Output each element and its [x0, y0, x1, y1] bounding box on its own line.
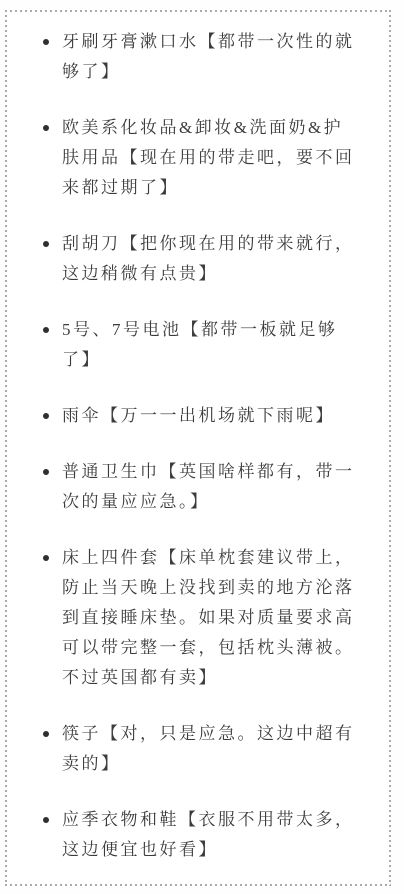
- list-item-text: 筷子【对，只是应急。这边中超有卖的】: [62, 724, 355, 773]
- bullet-icon: [43, 817, 49, 823]
- list-item-text: 普通卫生巾【英国啥样都有，带一次的量应应急。】: [62, 462, 355, 511]
- bullet-icon: [43, 125, 49, 131]
- list-item: 牙刷牙膏漱口水【都带一次性的就够了】: [62, 27, 360, 87]
- bullet-icon: [43, 327, 49, 333]
- list-item: 欧美系化妆品&卸妆&洗面奶&护肤用品【现在用的带走吧，要不回来都过期了】: [62, 113, 360, 203]
- list-item-text: 牙刷牙膏漱口水【都带一次性的就够了】: [62, 32, 355, 81]
- list-item: 普通卫生巾【英国啥样都有，带一次的量应应急。】: [62, 457, 360, 517]
- list-item-text: 刮胡刀【把你现在用的带来就行，这边稍微有点贵】: [62, 234, 355, 283]
- list-item: 应季衣物和鞋【衣服不用带太多，这边便宜也好看】: [62, 805, 360, 865]
- dotted-border-panel: 牙刷牙膏漱口水【都带一次性的就够了】 欧美系化妆品&卸妆&洗面奶&护肤用品【现在…: [5, 10, 391, 886]
- list-item: 5号、7号电池【都带一板就足够了】: [62, 315, 360, 375]
- list-item-text: 床上四件套【床单枕套建议带上，防止当天晚上没找到卖的地方沦落到直接睡床垫。如果对…: [62, 548, 355, 687]
- list-item: 刮胡刀【把你现在用的带来就行，这边稍微有点贵】: [62, 229, 360, 289]
- list-item-text: 5号、7号电池【都带一板就足够了】: [62, 320, 338, 369]
- list-item-text: 雨伞【万一一出机场就下雨呢】: [62, 406, 335, 425]
- bullet-icon: [43, 555, 49, 561]
- bullet-icon: [43, 731, 49, 737]
- bullet-icon: [43, 241, 49, 247]
- list-item: 雨伞【万一一出机场就下雨呢】: [62, 401, 360, 431]
- list-item-text: 欧美系化妆品&卸妆&洗面奶&护肤用品【现在用的带走吧，要不回来都过期了】: [62, 118, 355, 197]
- list-item: 筷子【对，只是应急。这边中超有卖的】: [62, 719, 360, 779]
- bullet-icon: [43, 39, 49, 45]
- list-item: 床上四件套【床单枕套建议带上，防止当天晚上没找到卖的地方沦落到直接睡床垫。如果对…: [62, 543, 360, 693]
- list-item-text: 应季衣物和鞋【衣服不用带太多，这边便宜也好看】: [62, 810, 355, 859]
- packing-list: 牙刷牙膏漱口水【都带一次性的就够了】 欧美系化妆品&卸妆&洗面奶&护肤用品【现在…: [5, 10, 391, 865]
- bullet-icon: [43, 413, 49, 419]
- bullet-icon: [43, 469, 49, 475]
